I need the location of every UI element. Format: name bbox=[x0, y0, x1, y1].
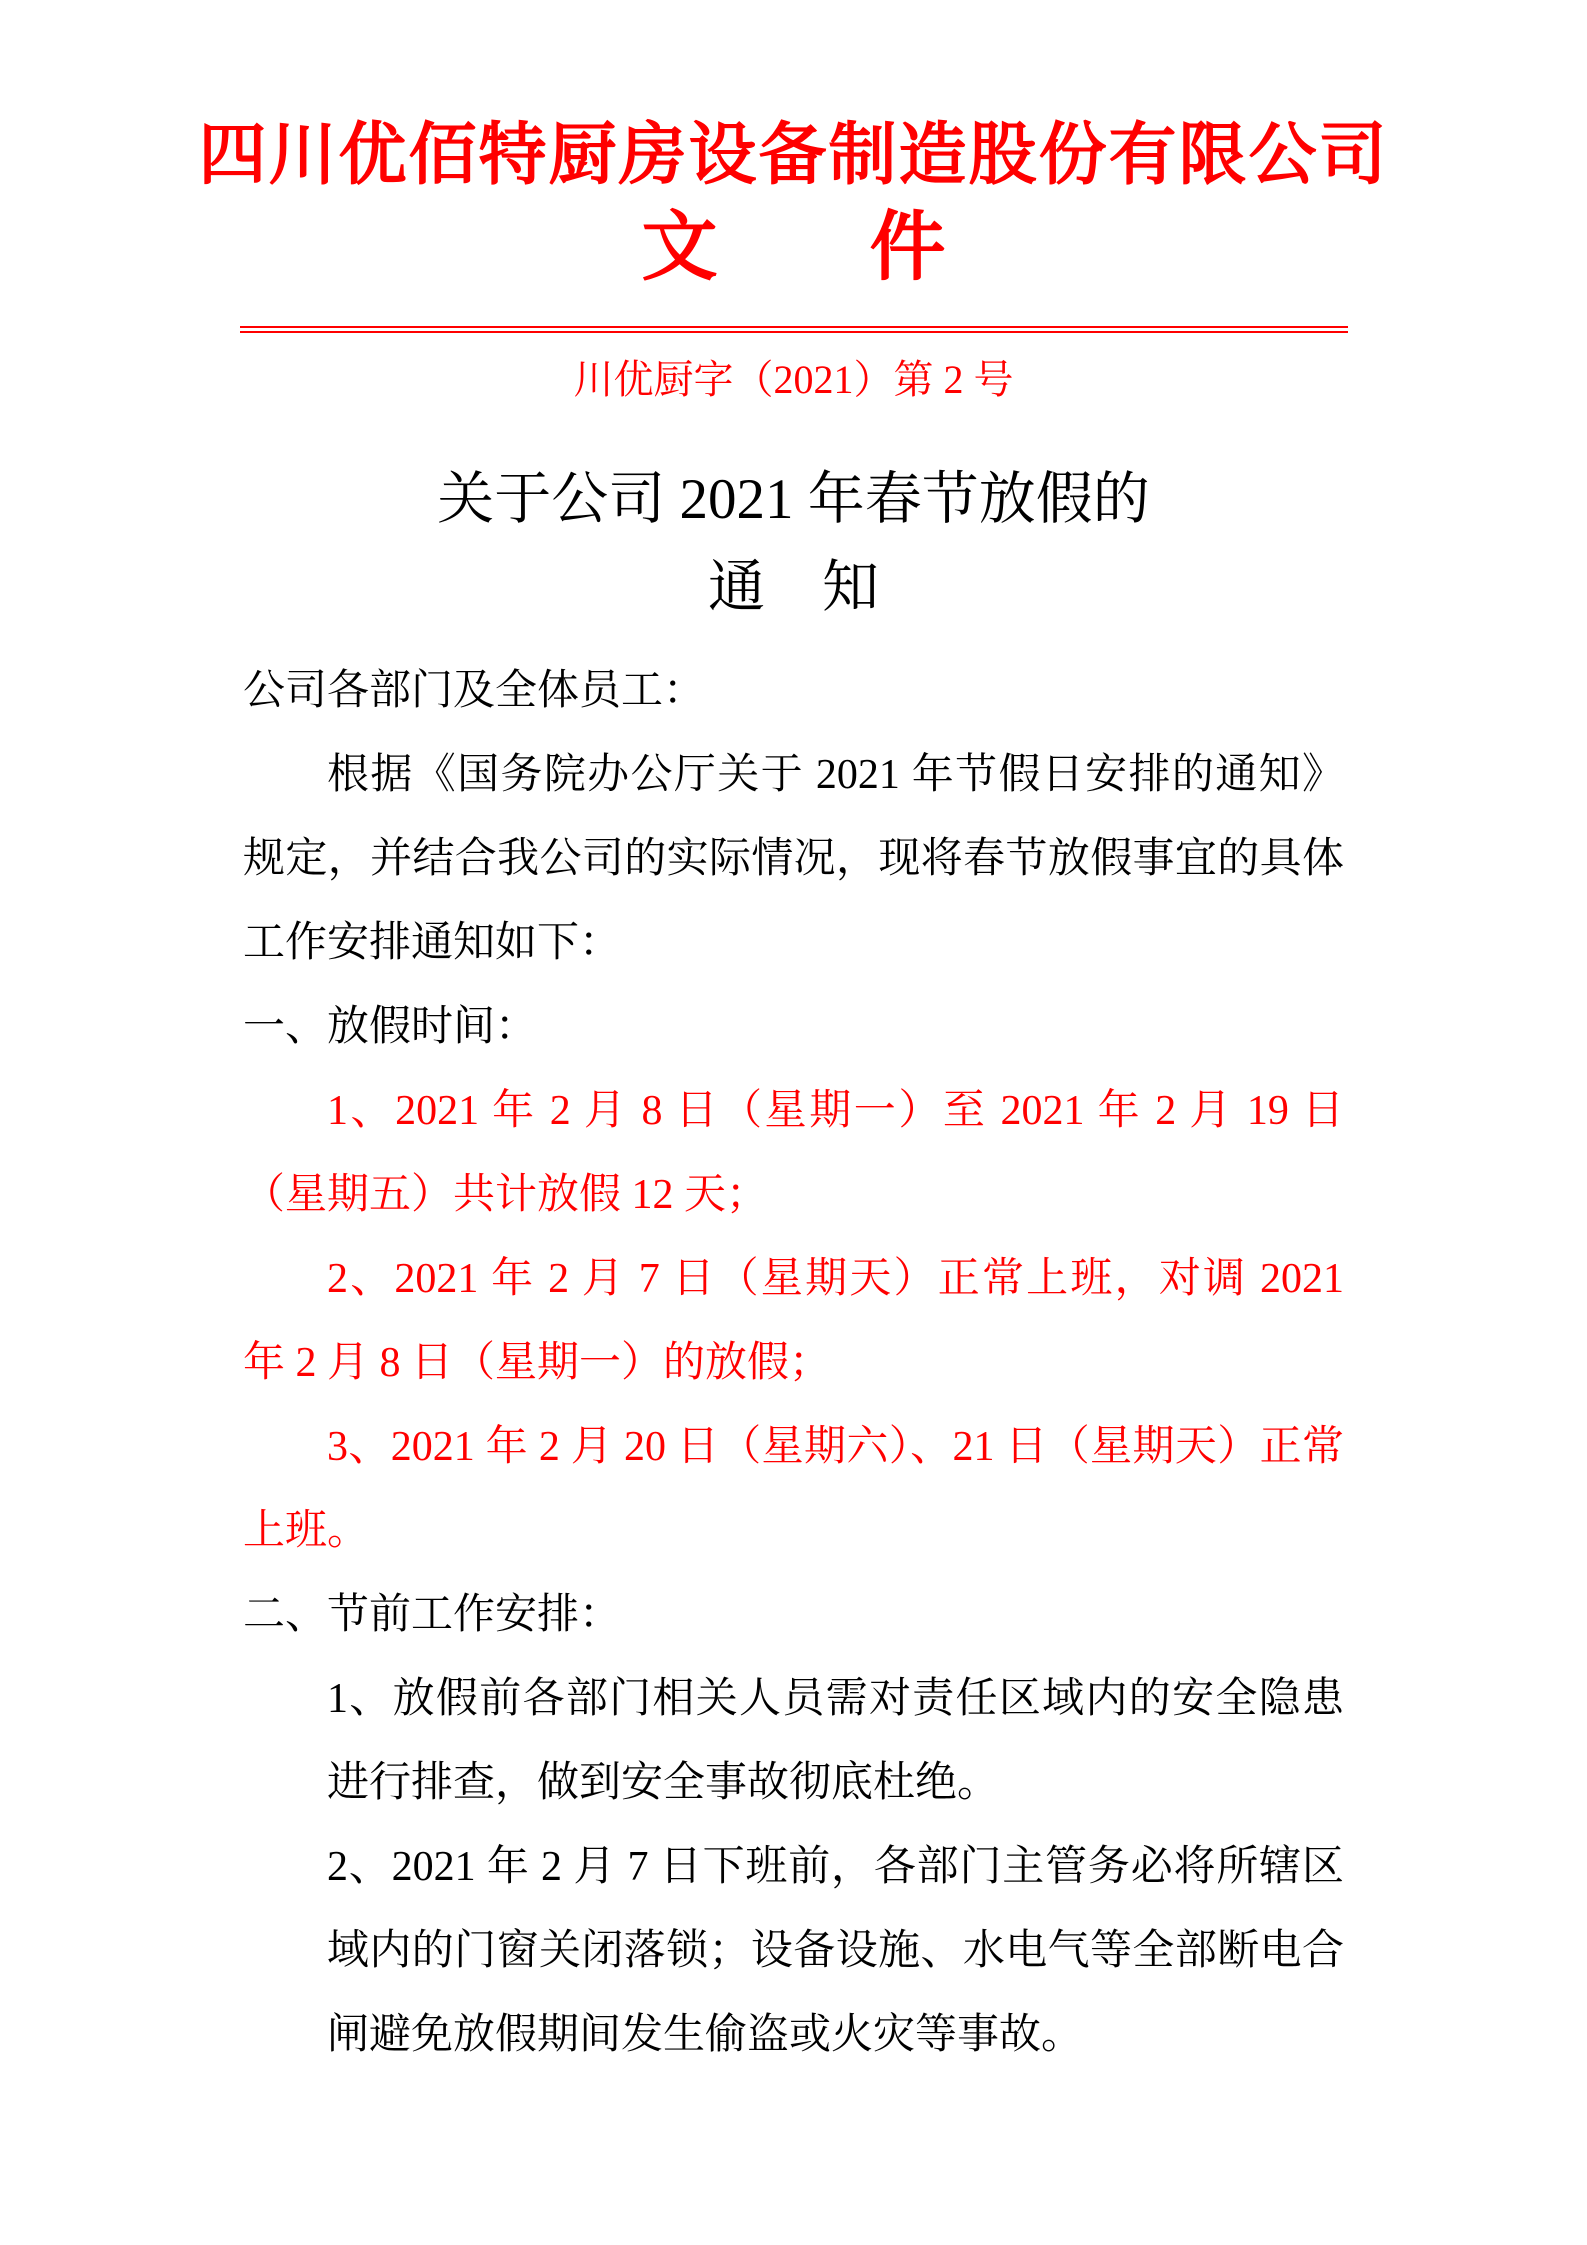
document-page: 四川优佰特厨房设备制造股份有限公司 文 件 川优厨字（2021）第 2 号 关于… bbox=[0, 0, 1587, 2245]
red-divider-line bbox=[240, 326, 1348, 333]
holiday-time-item-3: 3、2021 年 2 月 20 日（星期六）、21 日（星期天）正常上班。 bbox=[243, 1405, 1344, 1573]
section-1-heading: 一、放假时间： bbox=[243, 985, 1344, 1069]
salutation: 公司各部门及全体员工： bbox=[243, 649, 1344, 733]
pre-holiday-item-1: 1、放假前各部门相关人员需对责任区域内的安全隐患进行排查，做到安全事故彻底杜绝。 bbox=[327, 1657, 1344, 1825]
doc-number: 川优厨字（2021）第 2 号 bbox=[0, 357, 1587, 403]
notice-title-line1: 关于公司 2021 年春节放假的 bbox=[0, 469, 1587, 531]
holiday-time-item-2: 2、2021 年 2 月 7 日（星期天）正常上班，对调 2021 年 2 月 … bbox=[243, 1237, 1344, 1405]
section-2-heading: 二、节前工作安排： bbox=[243, 1573, 1344, 1657]
notice-content: 关于公司 2021 年春节放假的 通 知 公司各部门及全体员工： 根据《国务院办… bbox=[0, 469, 1587, 2077]
notice-title-line2: 通 知 bbox=[0, 557, 1587, 619]
notice-body: 公司各部门及全体员工： 根据《国务院办公厅关于 2021 年节假日安排的通知》规… bbox=[243, 649, 1344, 2077]
pre-holiday-item-2: 2、2021 年 2 月 7 日下班前，各部门主管务必将所辖区域内的门窗关闭落锁… bbox=[327, 1825, 1344, 2077]
holiday-time-item-1: 1、2021 年 2 月 8 日（星期一）至 2021 年 2 月 19 日（星… bbox=[243, 1069, 1344, 1237]
company-name: 四川优佰特厨房设备制造股份有限公司 bbox=[0, 120, 1587, 190]
document-word: 文 件 bbox=[0, 208, 1587, 288]
intro-paragraph: 根据《国务院办公厅关于 2021 年节假日安排的通知》规定，并结合我公司的实际情… bbox=[243, 733, 1344, 985]
letterhead: 四川优佰特厨房设备制造股份有限公司 文 件 川优厨字（2021）第 2 号 bbox=[0, 0, 1587, 403]
